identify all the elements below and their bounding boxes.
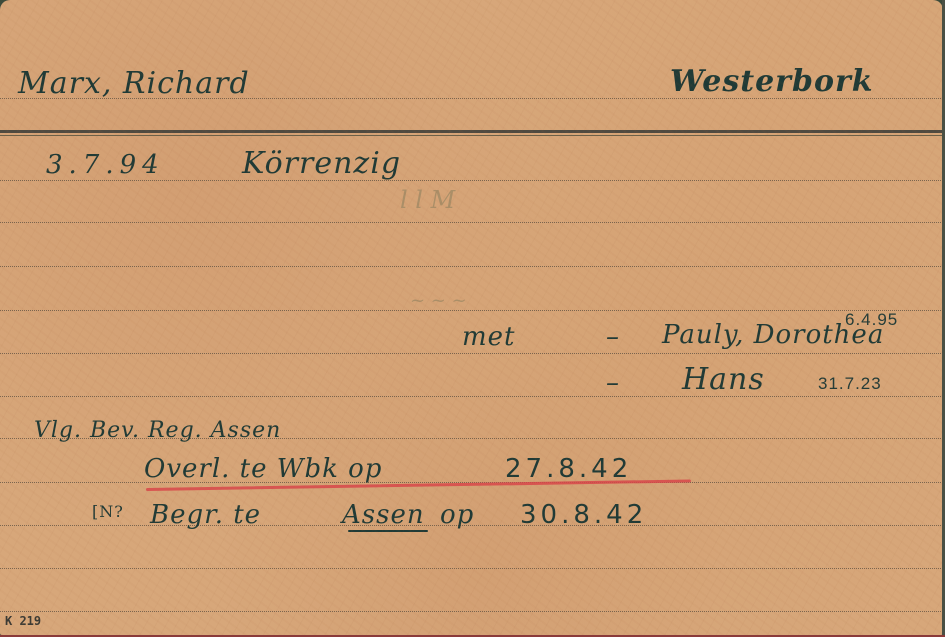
dotted-rule <box>0 222 943 223</box>
birth-date: 3.7.94 <box>46 150 165 180</box>
companion-birth-date: 6.4.95 <box>845 310 898 330</box>
companion-birth-date: 31.7.23 <box>818 374 882 394</box>
accompanied-label: met <box>462 322 516 352</box>
dotted-rule <box>0 310 943 311</box>
dotted-rule <box>0 353 943 354</box>
death-entry-text: Overl. te Wbk op <box>144 454 382 484</box>
burial-place: Assen <box>342 500 425 530</box>
death-date: 27.8.42 <box>505 454 632 484</box>
camp-field: Westerbork <box>670 64 874 99</box>
burial-op: op <box>440 500 474 530</box>
dotted-rule <box>0 180 943 181</box>
companion-name: Hans <box>682 362 765 397</box>
dotted-rule <box>0 568 943 569</box>
name-field: Marx, Richard <box>18 66 250 101</box>
companion-dash: – <box>606 322 620 352</box>
burial-place-underline <box>348 530 428 532</box>
transfer-header: Vlg. Bev. Reg. Assen <box>34 418 281 443</box>
companion-dash: – <box>606 368 620 398</box>
margin-marker: [N? <box>92 502 124 521</box>
dotted-rule <box>0 611 943 612</box>
burial-date: 30.8.42 <box>520 500 647 530</box>
faint-pencil-mark: l l M <box>400 186 455 214</box>
faint-pencil-mark: ~ ~ ~ <box>410 290 467 311</box>
birth-place: Körrenzig <box>242 146 401 181</box>
index-card: l l M ~ ~ ~ Marx, Richard Westerbork 3.7… <box>0 0 943 635</box>
burial-entry-text: Begr. te <box>150 500 261 530</box>
dotted-rule <box>0 396 943 397</box>
dotted-rule <box>0 266 943 267</box>
form-number: K 219 <box>5 614 41 628</box>
